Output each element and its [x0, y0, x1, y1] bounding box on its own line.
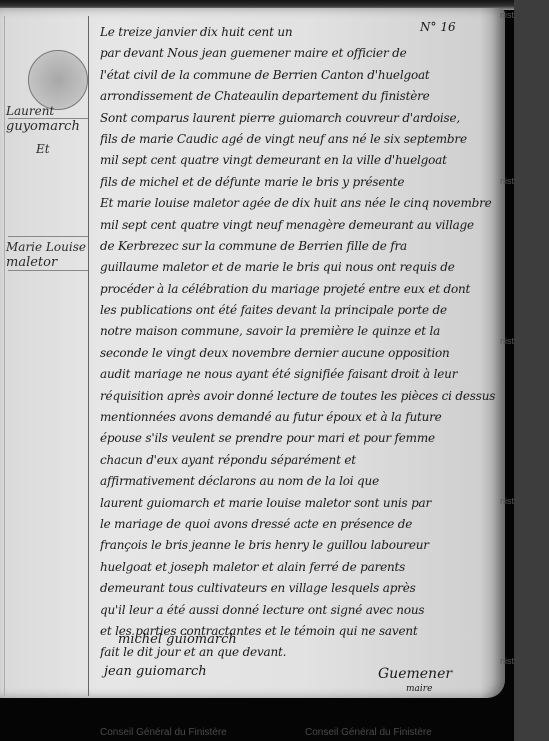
margin-groom-surname: guyomarch [6, 120, 80, 134]
record-line: huelgoat et joseph maletor et alain ferr… [100, 557, 500, 578]
record-line: réquisition après avoir donné lecture de… [100, 386, 500, 407]
record-line: les publications ont été faites devant l… [100, 300, 500, 321]
margin-groom-first-name: Laurent [6, 104, 54, 118]
record-line: chacun d'eux ayant répondu séparément et [100, 450, 500, 471]
margin-divider [8, 270, 88, 271]
record-line: mil sept cent quatre vingt demeurant en … [100, 150, 500, 171]
record-line: procéder à la célébration du mariage pro… [100, 279, 500, 300]
record-line: audit mariage ne nous ayant été signifié… [100, 364, 500, 385]
record-line: Sont comparus laurent pierre guiomarch c… [100, 108, 500, 129]
record-line: mentionnées avons demandé au futur époux… [100, 407, 500, 428]
record-line: affirmativement déclarons au nom de la l… [100, 471, 500, 492]
record-line: fils de marie Caudic agé de vingt neuf a… [100, 129, 500, 150]
record-line: seconde le vingt deux novembre dernier a… [100, 343, 500, 364]
footer-watermark-left: Conseil Général du Finistère [100, 727, 227, 738]
record-line: arrondissement de Chateaulin departement… [100, 86, 500, 107]
document-scan-page: Laurent guyomarch Et Marie Louise maleto… [0, 8, 505, 698]
record-line: épouse s'ils veulent se prendre pour mar… [100, 428, 500, 449]
signature-michel-guiomarch: michel guiomarch [118, 632, 237, 647]
record-line: qu'il leur a été aussi donné lecture ont… [100, 600, 500, 621]
footer-watermark-right: Conseil Général du Finistère [305, 727, 432, 738]
margin-bride-surname: maletor [6, 256, 57, 270]
record-line: notre maison commune, savoir la première… [100, 321, 500, 342]
record-body: Le treize janvier dix huit cent un par d… [100, 22, 500, 664]
margin-bride-first-name: Marie Louise [6, 240, 86, 254]
record-line: fils de michel et de défunte marie le br… [100, 172, 500, 193]
margin-rule-outer [4, 16, 5, 696]
record-line: Et marie louise maletor agée de dix huit… [100, 193, 500, 214]
signature-jean-guiomarch: jean guiomarch [104, 664, 207, 679]
record-line: Le treize janvier dix huit cent un [100, 22, 500, 43]
record-line: guillaume maletor et de marie le bris qu… [100, 257, 500, 278]
record-line: de Kerbrezec sur la commune de Berrien f… [100, 236, 500, 257]
signature-mayor: Guemener [378, 666, 452, 682]
signature-mayor-title: maire [406, 684, 432, 694]
viewer-scrollbar[interactable] [514, 0, 549, 741]
margin-rule [88, 16, 89, 696]
document-viewer: Laurent guyomarch Et Marie Louise maleto… [0, 0, 514, 741]
record-line: mil sept cent quatre vingt neuf menagère… [100, 215, 500, 236]
record-line: laurent guiomarch et marie louise maleto… [100, 493, 500, 514]
record-line: par devant Nous jean guemener maire et o… [100, 43, 500, 64]
mayor-signature-block: Guemener maire [378, 666, 462, 702]
stamp-seal-icon [28, 50, 88, 110]
record-line: l'état civil de la commune de Berrien Ca… [100, 65, 500, 86]
record-line: le mariage de quoi avons dressé acte en … [100, 514, 500, 535]
margin-divider [8, 118, 88, 119]
record-line: françois le bris jeanne le bris henry le… [100, 535, 500, 556]
margin-divider [8, 236, 88, 237]
margin-conjunction: Et [36, 142, 50, 156]
record-line: demeurant tous cultivateurs en village l… [100, 578, 500, 599]
